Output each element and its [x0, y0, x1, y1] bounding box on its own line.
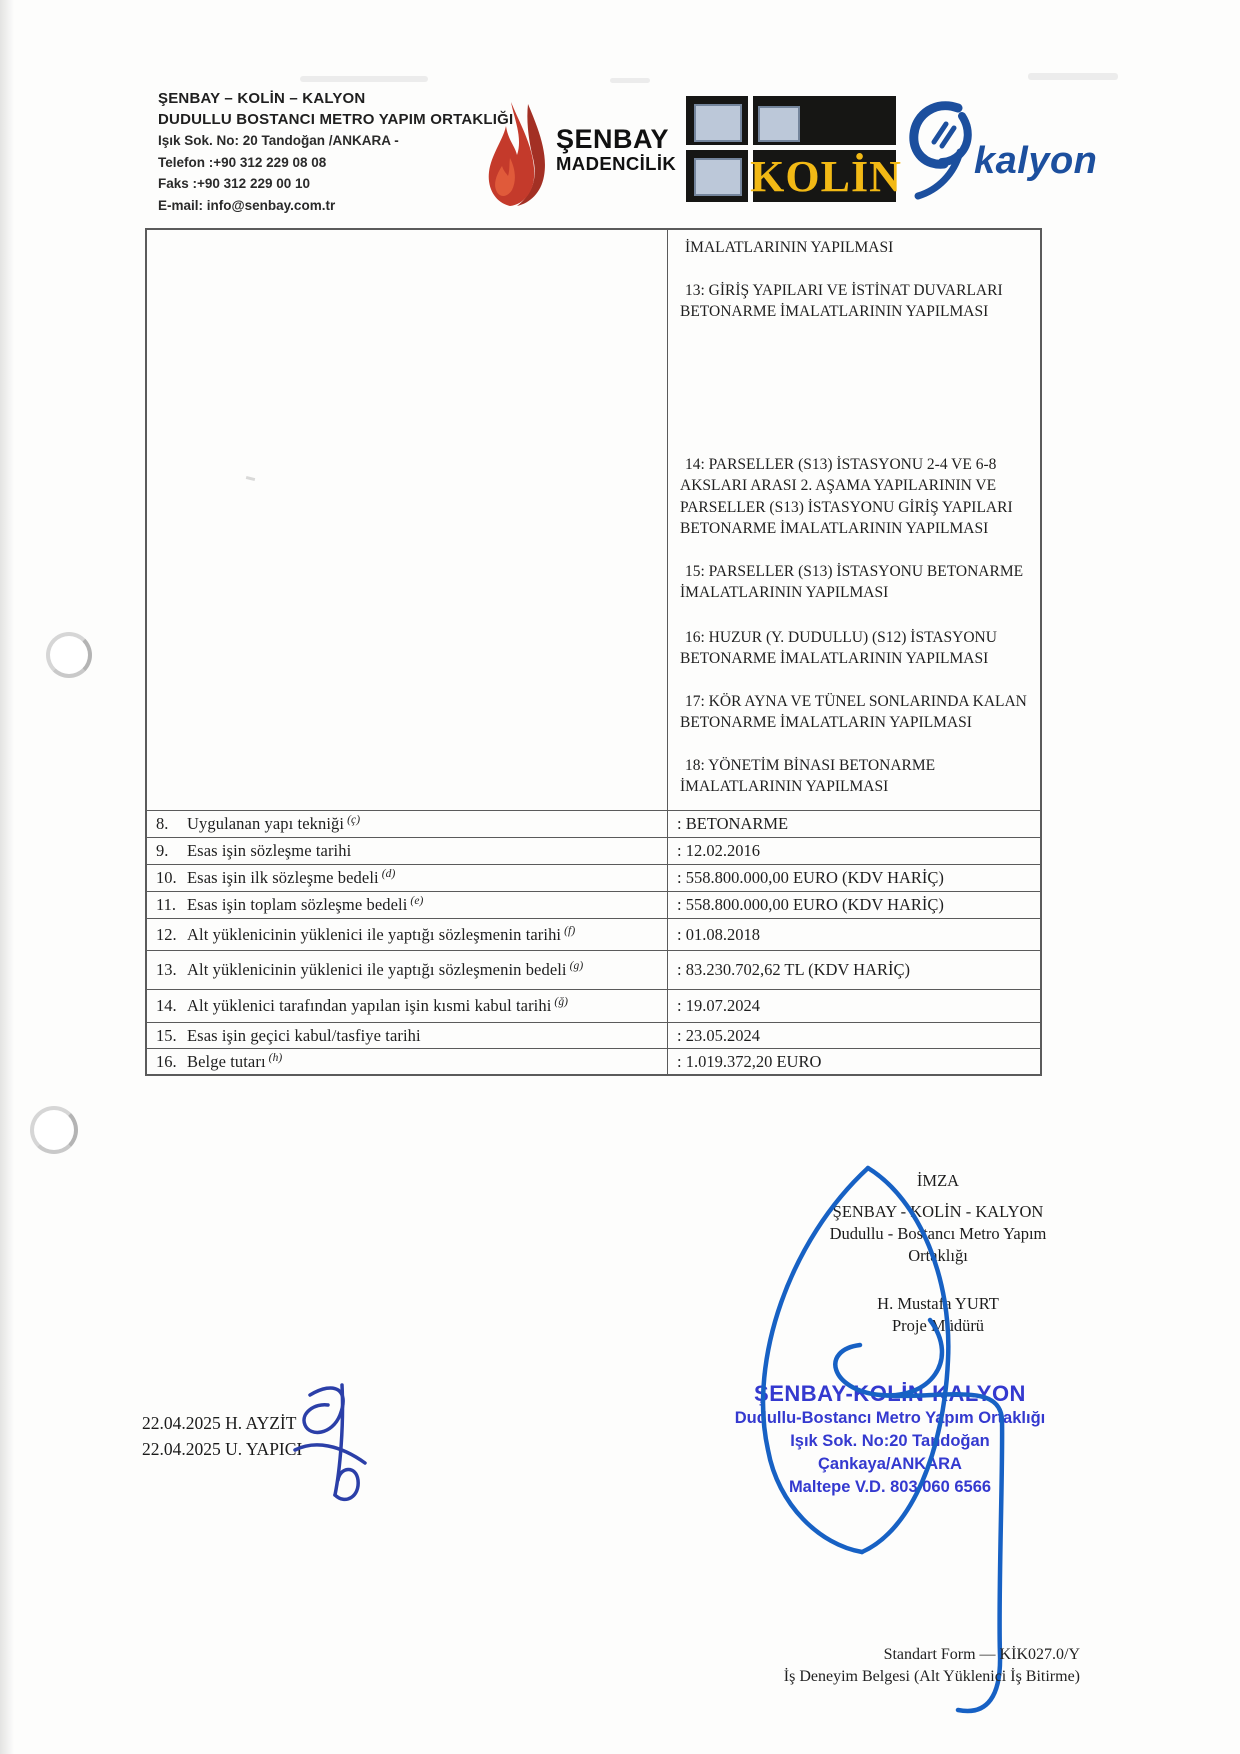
- row-value: : 558.800.000,00 EURO (KDV HARİÇ): [668, 892, 1040, 918]
- kolin-logo: KOLİN: [686, 96, 896, 202]
- row-number: 16.: [147, 1052, 187, 1072]
- signature-company-line1: ŞENBAY - KOLİN - KALYON: [813, 1201, 1063, 1223]
- row-value: : 19.07.2024: [668, 990, 1040, 1022]
- row-label: Uygulanan yapı tekniği: [187, 814, 344, 833]
- signatory-title: Proje Müdürü: [813, 1315, 1063, 1337]
- form-code: Standart Form — KİK027.0/Y: [660, 1644, 1080, 1666]
- kolin-logo-window-square: [694, 104, 742, 142]
- row-number: 9.: [147, 841, 187, 861]
- row-footnote-ref: (g): [570, 960, 584, 972]
- table-row: 14.Alt yüklenici tarafından yapılan işin…: [147, 989, 1040, 1022]
- scan-smudge: [300, 76, 428, 82]
- scan-edge-shadow: [0, 0, 14, 1754]
- continuation-empty-cell: [147, 230, 668, 810]
- scan-smudge: [1028, 73, 1118, 80]
- row-label: Esas işin ilk sözleşme bedeli: [187, 868, 379, 887]
- table-row: 13.Alt yüklenicinin yüklenici ile yaptığ…: [147, 950, 1040, 989]
- stamp-line: Işık Sok. No:20 Tandoğan: [710, 1430, 1070, 1453]
- row-number: 8.: [147, 814, 187, 834]
- table-row: 9.Esas işin sözleşme tarihi : 12.02.2016: [147, 837, 1040, 864]
- row-number: 11.: [147, 895, 187, 915]
- row-footnote-ref: (f): [564, 925, 575, 937]
- row-footnote-ref: (ç): [347, 814, 360, 826]
- row-label: Esas işin geçici kabul/tasfiye tarihi: [187, 1026, 421, 1045]
- company-subname: DUDULLU BOSTANCI METRO YAPIM ORTAKLIĞI: [158, 109, 513, 130]
- scan-smudge: [610, 78, 650, 83]
- row-number: 12.: [147, 925, 187, 945]
- row-number: 10.: [147, 868, 187, 888]
- scanned-document-page: ŞENBAY – KOLİN – KALYON DUDULLU BOSTANCI…: [0, 0, 1240, 1754]
- fax-line: Faks :+90 312 229 00 10: [158, 173, 513, 195]
- table-row: 16.Belge tutarı(h) : 1.019.372,20 EURO: [147, 1048, 1040, 1074]
- row-label: Esas işin toplam sözleşme bedeli: [187, 895, 407, 914]
- row-number: 14.: [147, 996, 187, 1016]
- approval-date-line: 22.04.2025 U. YAPICI: [142, 1436, 302, 1462]
- work-item: İMALATLARININ YAPILMASI: [680, 237, 1030, 259]
- senbay-logo-line1: ŞENBAY: [556, 126, 676, 153]
- kolin-logo-text: KOLİN: [756, 150, 896, 202]
- table-row: 8.Uygulanan yapı tekniği(ç) : BETONARME: [147, 810, 1040, 837]
- row-footnote-ref: (e): [410, 895, 423, 907]
- row-number: 13.: [147, 960, 187, 980]
- company-stamp: ŞENBAY-KOLİN-KALYON Dudullu-Bostancı Met…: [710, 1381, 1070, 1499]
- stamp-line: Çankaya/ANKARA: [710, 1453, 1070, 1476]
- email-line: E-mail: info@senbay.com.tr: [158, 195, 513, 217]
- row-value: : BETONARME: [668, 811, 1040, 837]
- row-footnote-ref: (ğ): [554, 996, 568, 1008]
- table-row: 12.Alt yüklenicinin yüklenici ile yaptığ…: [147, 918, 1040, 950]
- approval-dates: 22.04.2025 H. AYZİT 22.04.2025 U. YAPICI: [142, 1410, 302, 1462]
- row-value: : 558.800.000,00 EURO (KDV HARİÇ): [668, 865, 1040, 891]
- letterhead: ŞENBAY – KOLİN – KALYON DUDULLU BOSTANCI…: [158, 88, 513, 216]
- row-label: Alt yüklenicinin yüklenici ile yaptığı s…: [187, 925, 561, 944]
- kolin-logo-window-square: [694, 158, 742, 196]
- certificate-table: İMALATLARININ YAPILMASI 13: GİRİŞ YAPILA…: [145, 228, 1042, 1076]
- row-footnote-ref: (d): [382, 868, 396, 880]
- work-item: 16: HUZUR (Y. DUDULLU) (S12) İSTASYONU B…: [680, 627, 1030, 670]
- address-line: Işık Sok. No: 20 Tandoğan /ANKARA -: [158, 130, 513, 152]
- row-value: : 01.08.2018: [668, 919, 1040, 950]
- hole-punch: [30, 1106, 78, 1154]
- hole-punch: [46, 632, 92, 678]
- signature-company-line2: Dudullu - Bostancı Metro Yapım: [813, 1223, 1063, 1245]
- senbay-logo-text: ŞENBAY MADENCİLİK: [556, 126, 676, 175]
- stamp-line: Dudullu-Bostancı Metro Yapım Ortaklığı: [710, 1407, 1070, 1430]
- form-footer: Standart Form — KİK027.0/Y İş Deneyim Be…: [660, 1644, 1080, 1688]
- kalyon-emblem-icon: [906, 98, 976, 202]
- signatory-name: H. Mustafa YURT: [813, 1293, 1063, 1315]
- row-value: : 83.230.702,62 TL (KDV HARİÇ): [668, 951, 1040, 989]
- signature-company-line3: Ortaklığı: [813, 1245, 1063, 1267]
- row-value: : 12.02.2016: [668, 838, 1040, 864]
- row-value: : 23.05.2024: [668, 1023, 1040, 1048]
- kalyon-logo-text: kalyon: [974, 140, 1097, 183]
- signature-block: İMZA ŞENBAY - KOLİN - KALYON Dudullu - B…: [813, 1170, 1063, 1337]
- form-title: İş Deneyim Belgesi (Alt Yüklenici İş Bit…: [660, 1666, 1080, 1688]
- row-footnote-ref: (h): [269, 1052, 283, 1064]
- row-value: : 1.019.372,20 EURO: [668, 1049, 1040, 1074]
- row-label: Alt yüklenici tarafından yapılan işin kı…: [187, 996, 551, 1015]
- stamp-line: ŞENBAY-KOLİN-KALYON: [710, 1381, 1070, 1407]
- kolin-logo-window-square: [758, 106, 800, 142]
- table-row: 11.Esas işin toplam sözleşme bedeli(e) :…: [147, 891, 1040, 918]
- row-label: Belge tutarı: [187, 1052, 266, 1071]
- row-label: Alt yüklenicinin yüklenici ile yaptığı s…: [187, 960, 567, 979]
- stamp-line: Maltepe V.D. 803 060 6566: [710, 1476, 1070, 1499]
- work-item: 13: GİRİŞ YAPILARI VE İSTİNAT DUVARLARI …: [680, 280, 1030, 323]
- table-row: 10.Esas işin ilk sözleşme bedeli(d) : 55…: [147, 864, 1040, 891]
- work-item: 14: PARSELLER (S13) İSTASYONU 2-4 VE 6-8…: [680, 454, 1030, 540]
- company-name: ŞENBAY – KOLİN – KALYON: [158, 88, 513, 109]
- table-row-continuation: İMALATLARININ YAPILMASI 13: GİRİŞ YAPILA…: [147, 230, 1040, 810]
- senbay-flame-icon: [484, 96, 550, 208]
- work-item: 15: PARSELLER (S13) İSTASYONU BETONARME …: [680, 561, 1030, 604]
- senbay-logo-line2: MADENCİLİK: [556, 153, 676, 175]
- table-row: 15.Esas işin geçici kabul/tasfiye tarihi…: [147, 1022, 1040, 1048]
- row-number: 15.: [147, 1026, 187, 1046]
- work-item: 18: YÖNETİM BİNASI BETONARME İMALATLARIN…: [680, 755, 1030, 798]
- phone-line: Telefon :+90 312 229 08 08: [158, 152, 513, 174]
- work-item: 17: KÖR AYNA VE TÜNEL SONLARINDA KALAN B…: [680, 691, 1030, 734]
- continuation-items-cell: İMALATLARININ YAPILMASI 13: GİRİŞ YAPILA…: [668, 230, 1040, 810]
- row-label: Esas işin sözleşme tarihi: [187, 841, 351, 860]
- signature-heading: İMZA: [813, 1170, 1063, 1192]
- approval-date-line: 22.04.2025 H. AYZİT: [142, 1410, 302, 1436]
